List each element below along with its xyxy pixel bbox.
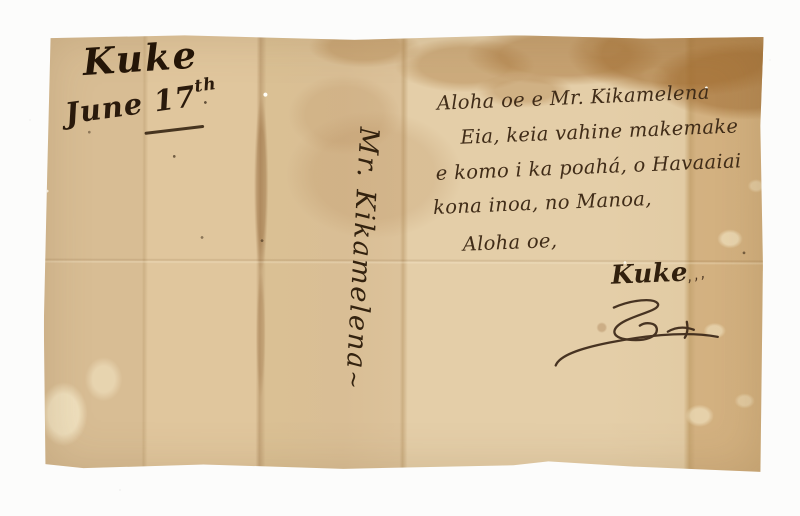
address-name: Mr. Kikamelena [340, 126, 384, 371]
header-date-text: June 17 [63, 79, 198, 131]
signature-name: Kuke [610, 258, 688, 291]
signature-flourish-swirl [550, 293, 725, 373]
address-vertical: Mr. Kikamelena~ [339, 126, 384, 389]
signature-marks: ,,, [684, 263, 708, 285]
header-sender-name: Kuke [81, 32, 199, 84]
header-date-suffix: th [193, 74, 218, 97]
body-line: kona inoa, no Manoa, [433, 187, 652, 219]
closing-salutation: Aloha oe, [462, 229, 557, 256]
letter-paper: Kuke June 17th Mr. Kikamelena~ Aloha oe … [43, 34, 763, 472]
body-line: Aloha oe e Mr. Kikamelena [436, 81, 710, 115]
letter-body: Aloha oe e Mr. Kikamelena Eia, keia vahi… [428, 78, 782, 322]
address-flourish: ~ [340, 370, 366, 390]
body-line: Eia, keia vahine makemake [460, 114, 739, 148]
date-underline-stroke [144, 125, 204, 135]
body-line: e komo i ka poahá, o Havaaiai [435, 149, 742, 185]
